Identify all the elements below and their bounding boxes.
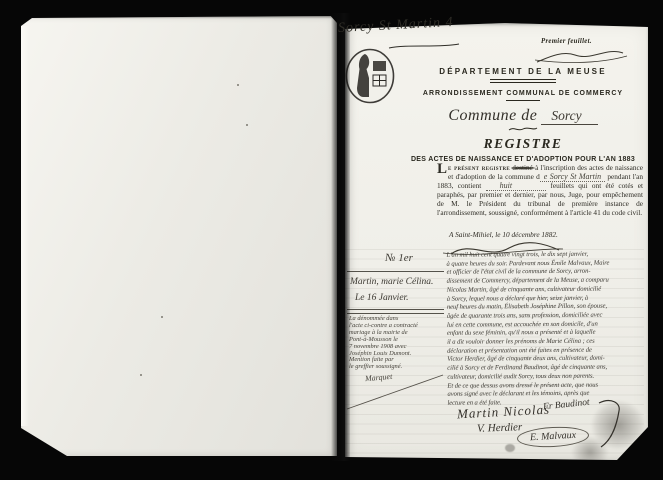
annotation-underline-icon [388,42,460,50]
registre-title: REGISTRE [403,136,643,152]
diagonal-stroke-icon [345,367,445,411]
departement-title: DÉPARTEMENT DE LA MEUSE [403,67,643,76]
preamble-paragraph: Le présent registre destiné à l'inscript… [437,163,643,218]
act-child-name: Martin, marie Célina. [350,277,444,287]
ink-stain [505,444,515,452]
dropcap: L [437,163,447,175]
marriage-mention-note: La dénommée dansl'acte ci-contre a contr… [349,316,445,371]
page-edge-highlight [21,26,29,426]
paper-speck [237,84,239,86]
act-body-text: L'an mil huit cent quatre vingt trois, l… [446,250,651,408]
ink-stain [565,431,615,473]
act-number: № 1er [359,252,439,264]
margin-rule [347,271,444,272]
official-stamp-icon [344,47,396,105]
paper-speck [161,316,163,318]
commune-label: Commune de [448,107,537,124]
act-date: Le 16 Janvier. [355,293,409,303]
header-rule [490,79,556,83]
commune-name-handwritten: Sorcy [541,108,597,125]
lead-words: e présent registre [448,163,510,172]
register-book-scan: Premier feuillet. DÉPARTEMENT DE LA MEUS… [0,0,663,480]
paper-speck [140,374,142,376]
judge-paraph-flourish-icon [535,47,631,65]
left-page-blank [21,16,337,456]
margin-rule-double [347,309,444,314]
printed-header: DÉPARTEMENT DE LA MEUSE ARRONDISSEMENT C… [403,67,643,169]
signature-witness-1: V. Herdier [477,421,523,435]
arrondissement-title: ARRONDISSEMENT COMMUNAL DE COMMERCY [403,90,643,97]
squiggle-divider-icon [508,126,538,132]
right-page-register: Premier feuillet. DÉPARTEMENT DE LA MEUS… [345,23,648,460]
paper-speck [246,124,248,126]
premier-feuillet-label: Premier feuillet. [541,38,592,45]
header-rule [506,100,540,101]
commune-line: Commune de Sorcy [403,107,643,125]
book-gutter [331,13,350,461]
